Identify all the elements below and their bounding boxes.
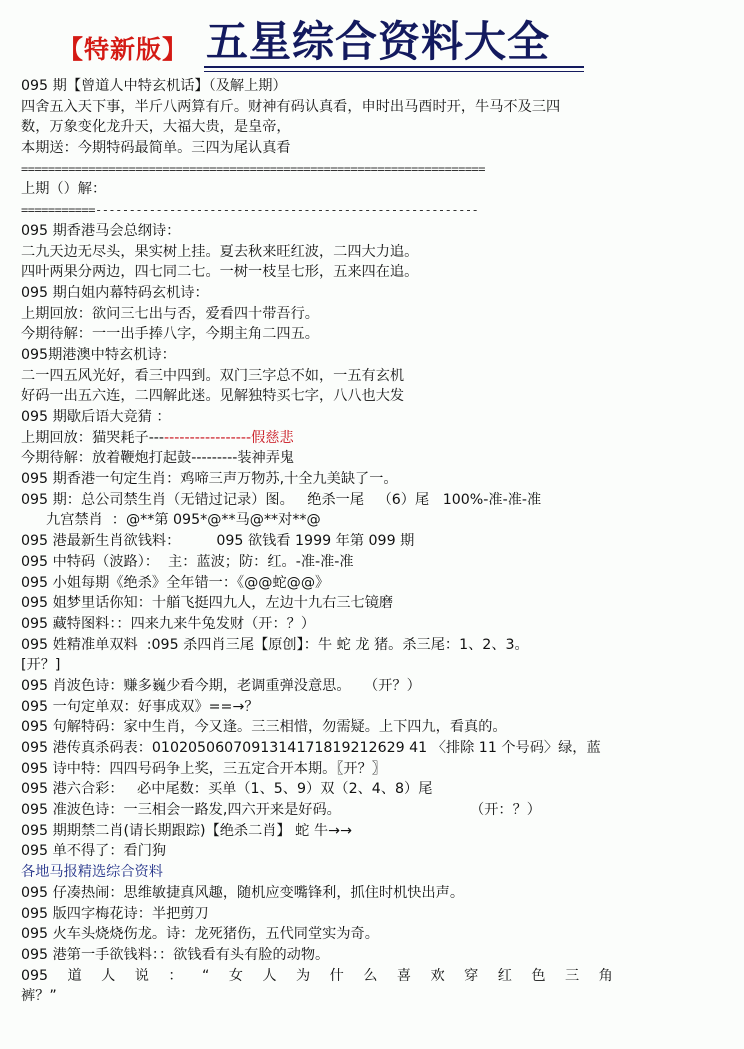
word: “ — [202, 966, 209, 987]
list-item: 095 版四字梅花诗：半把剪刀 — [21, 904, 736, 925]
review-answer: 假慈悲 — [251, 430, 294, 446]
hk-poem-heading: 095 期香港马会总纲诗： — [21, 221, 736, 242]
xiehouyu-review: 上期回放：猫哭耗子--------------------假慈悲 — [21, 428, 736, 449]
baijie-review: 上期回放：欲问三七出与否，爱看四十带吾行。 — [21, 304, 736, 325]
xiehouyu-heading: 095 期歇后语大竞猜 ： — [21, 407, 736, 428]
gangao-heading: 095期港澳中特玄机诗： — [21, 345, 736, 366]
xiehouyu-pending: 今期待解：放着鞭炮打起鼓---------装神弄鬼 — [21, 448, 736, 469]
list-item: 095 句解特码：家中生肖，今又逢。三三相惜，勿需疑。上下四九，看真的。 — [21, 717, 736, 738]
header: 【特新版】 五星综合资料大全 — [0, 0, 744, 75]
word: ： — [168, 966, 182, 987]
last-period-label: 上期（）解： — [21, 179, 736, 200]
word: 穿 — [464, 966, 478, 987]
page-title: 五星综合资料大全 — [206, 18, 550, 66]
word: 说 — [135, 966, 149, 987]
title-underline — [204, 66, 584, 68]
list-item: 095 中特码（波路）： 主：蓝波；防：红。-准-准-准 — [21, 552, 736, 573]
word: 为 — [296, 966, 310, 987]
word: 角 — [599, 966, 613, 987]
list-item: 095 期：总公司禁生肖（无错过记录）图。 绝杀一尾 （6）尾 100%-准-准… — [21, 490, 736, 511]
word: 人 — [101, 966, 115, 987]
hk-poem-line: 二九天边无尽头，果实树上挂。夏去秋来旺红波，二四大力追。 — [21, 242, 736, 263]
word: 三 — [565, 966, 579, 987]
word: 喜 — [397, 966, 411, 987]
daoren-says-line: 095 道 人 说 ： “ 女 人 为 什 么 喜 欢 穿 红 色 三 角 — [21, 966, 613, 987]
daoren-says-tail: 裤？” — [21, 986, 736, 1007]
word: 什 — [330, 966, 344, 987]
list-item: 095 港六合彩： 必中尾数：买单（1、5、9）双（2、4、8）尾 — [21, 779, 736, 800]
list-item: 095 姐梦里话你知：十艏飞挺四九人，左边十九右三七镜磨 — [21, 593, 736, 614]
zhunbo-text: 095 准波色诗：一三相会一路发,四六开来是好码。 — [21, 800, 341, 821]
separator: ========================================… — [21, 159, 573, 180]
document-body: 095 期【曾道人中特玄机话】（及解上期） 四舍五入天下事，半斤八两算有斤。财神… — [21, 76, 736, 1007]
baijie-heading: 095 期白姐内幕特码玄机诗： — [21, 283, 736, 304]
hk-poem-line: 四叶两果分两边，四七同二七。一树一枝呈七形，五来四在追。 — [21, 262, 736, 283]
list-item: 095 单不得了：看门狗 — [21, 841, 736, 862]
list-item: [开？] — [21, 655, 736, 676]
word: 欢 — [431, 966, 445, 987]
word: 色 — [531, 966, 545, 987]
list-item: 095 诗中特：四四号码争上奖，三五定合开本期。〖开？〗 — [21, 759, 736, 780]
list-item: 095 港最新生肖欲钱料： 095 欲钱看 1999 年第 099 期 — [21, 531, 736, 552]
list-item: 095 肖波色诗：赚多巍少看今期，老调重弹没意思。 （开？） — [21, 676, 736, 697]
edition-tag: 【特新版】 — [58, 30, 188, 66]
list-item: 095 小姐每期《绝杀》全年错一：《@@蛇@@》 — [21, 573, 736, 594]
gangao-line: 好码一出五六连，二四解此迷。见解独特买七字，八八也大发 — [21, 386, 736, 407]
list-item: 095 火车头烧烧伤龙。诗：龙死猪伤，五代同堂实为奇。 — [21, 924, 736, 945]
word: 道 — [68, 966, 82, 987]
list-item: 095 藏特图料：：四来九来牛兔发财（开：？） — [21, 614, 736, 635]
word: 女 — [229, 966, 243, 987]
word: 095 — [21, 966, 48, 987]
list-item: 095 仔凑热闹：思维敏捷真风趣，随机应变嘴锋利，抓住时机快出声。 — [21, 883, 736, 904]
list-item: 095 一句定单双：好事成双》==→？ — [21, 697, 736, 718]
review-dashes: ----------------- — [164, 430, 251, 446]
separator: ===========-----------------------------… — [21, 200, 573, 221]
zhunbo-result: （开：？） — [470, 800, 541, 821]
daoren-line: 数，万象变化龙升天，大福大贵，是皇帝， — [21, 117, 736, 138]
baijie-pending: 今期待解：一一出手捧八字，今期主角二四五。 — [21, 324, 736, 345]
daoren-line: 本期送：今期特码最简单。三四为尾认真看 — [21, 138, 736, 159]
title-underline-thin — [204, 71, 584, 72]
list-item: 095 期香港一句定生肖：鸡啼三声万物苏,十全九美缺了一。 — [21, 469, 736, 490]
word: 红 — [498, 966, 512, 987]
list-item: 095 姓精准单双料 :095 杀四肖三尾【原创】：牛 蛇 龙 猪。杀三尾：1、… — [21, 635, 736, 656]
word: 么 — [363, 966, 377, 987]
gangao-line: 二一四五风光好，看三中四到。双门三字总不如，一五有玄机 — [21, 366, 736, 387]
jiugong-line: 九宫禁肖 ：@**第 095*@**马@**对**@ — [21, 510, 736, 531]
daoren-line: 四舍五入天下事，半斤八两算有斤。财神有码认真看，申时出马酉时开，牛马不及三四 — [21, 97, 736, 118]
list-item: 095 港传真杀码表：0102050607091314171819212629 … — [21, 738, 736, 759]
list-item: 095 期期禁二肖(请长期跟踪)【绝杀二肖】 蛇 牛→→ — [21, 821, 736, 842]
daoren-heading: 095 期【曾道人中特玄机话】（及解上期） — [21, 76, 736, 97]
review-prefix: 上期回放：猫哭耗子--- — [21, 430, 164, 446]
list-item: 095 港第一手欲钱料：：欲钱看有头有脸的动物。 — [21, 945, 736, 966]
regional-heading: 各地马报精选综合资料 — [21, 862, 736, 883]
word: 人 — [262, 966, 276, 987]
zhunbo-line: 095 准波色诗：一三相会一路发,四六开来是好码。（开：？） — [21, 800, 541, 821]
